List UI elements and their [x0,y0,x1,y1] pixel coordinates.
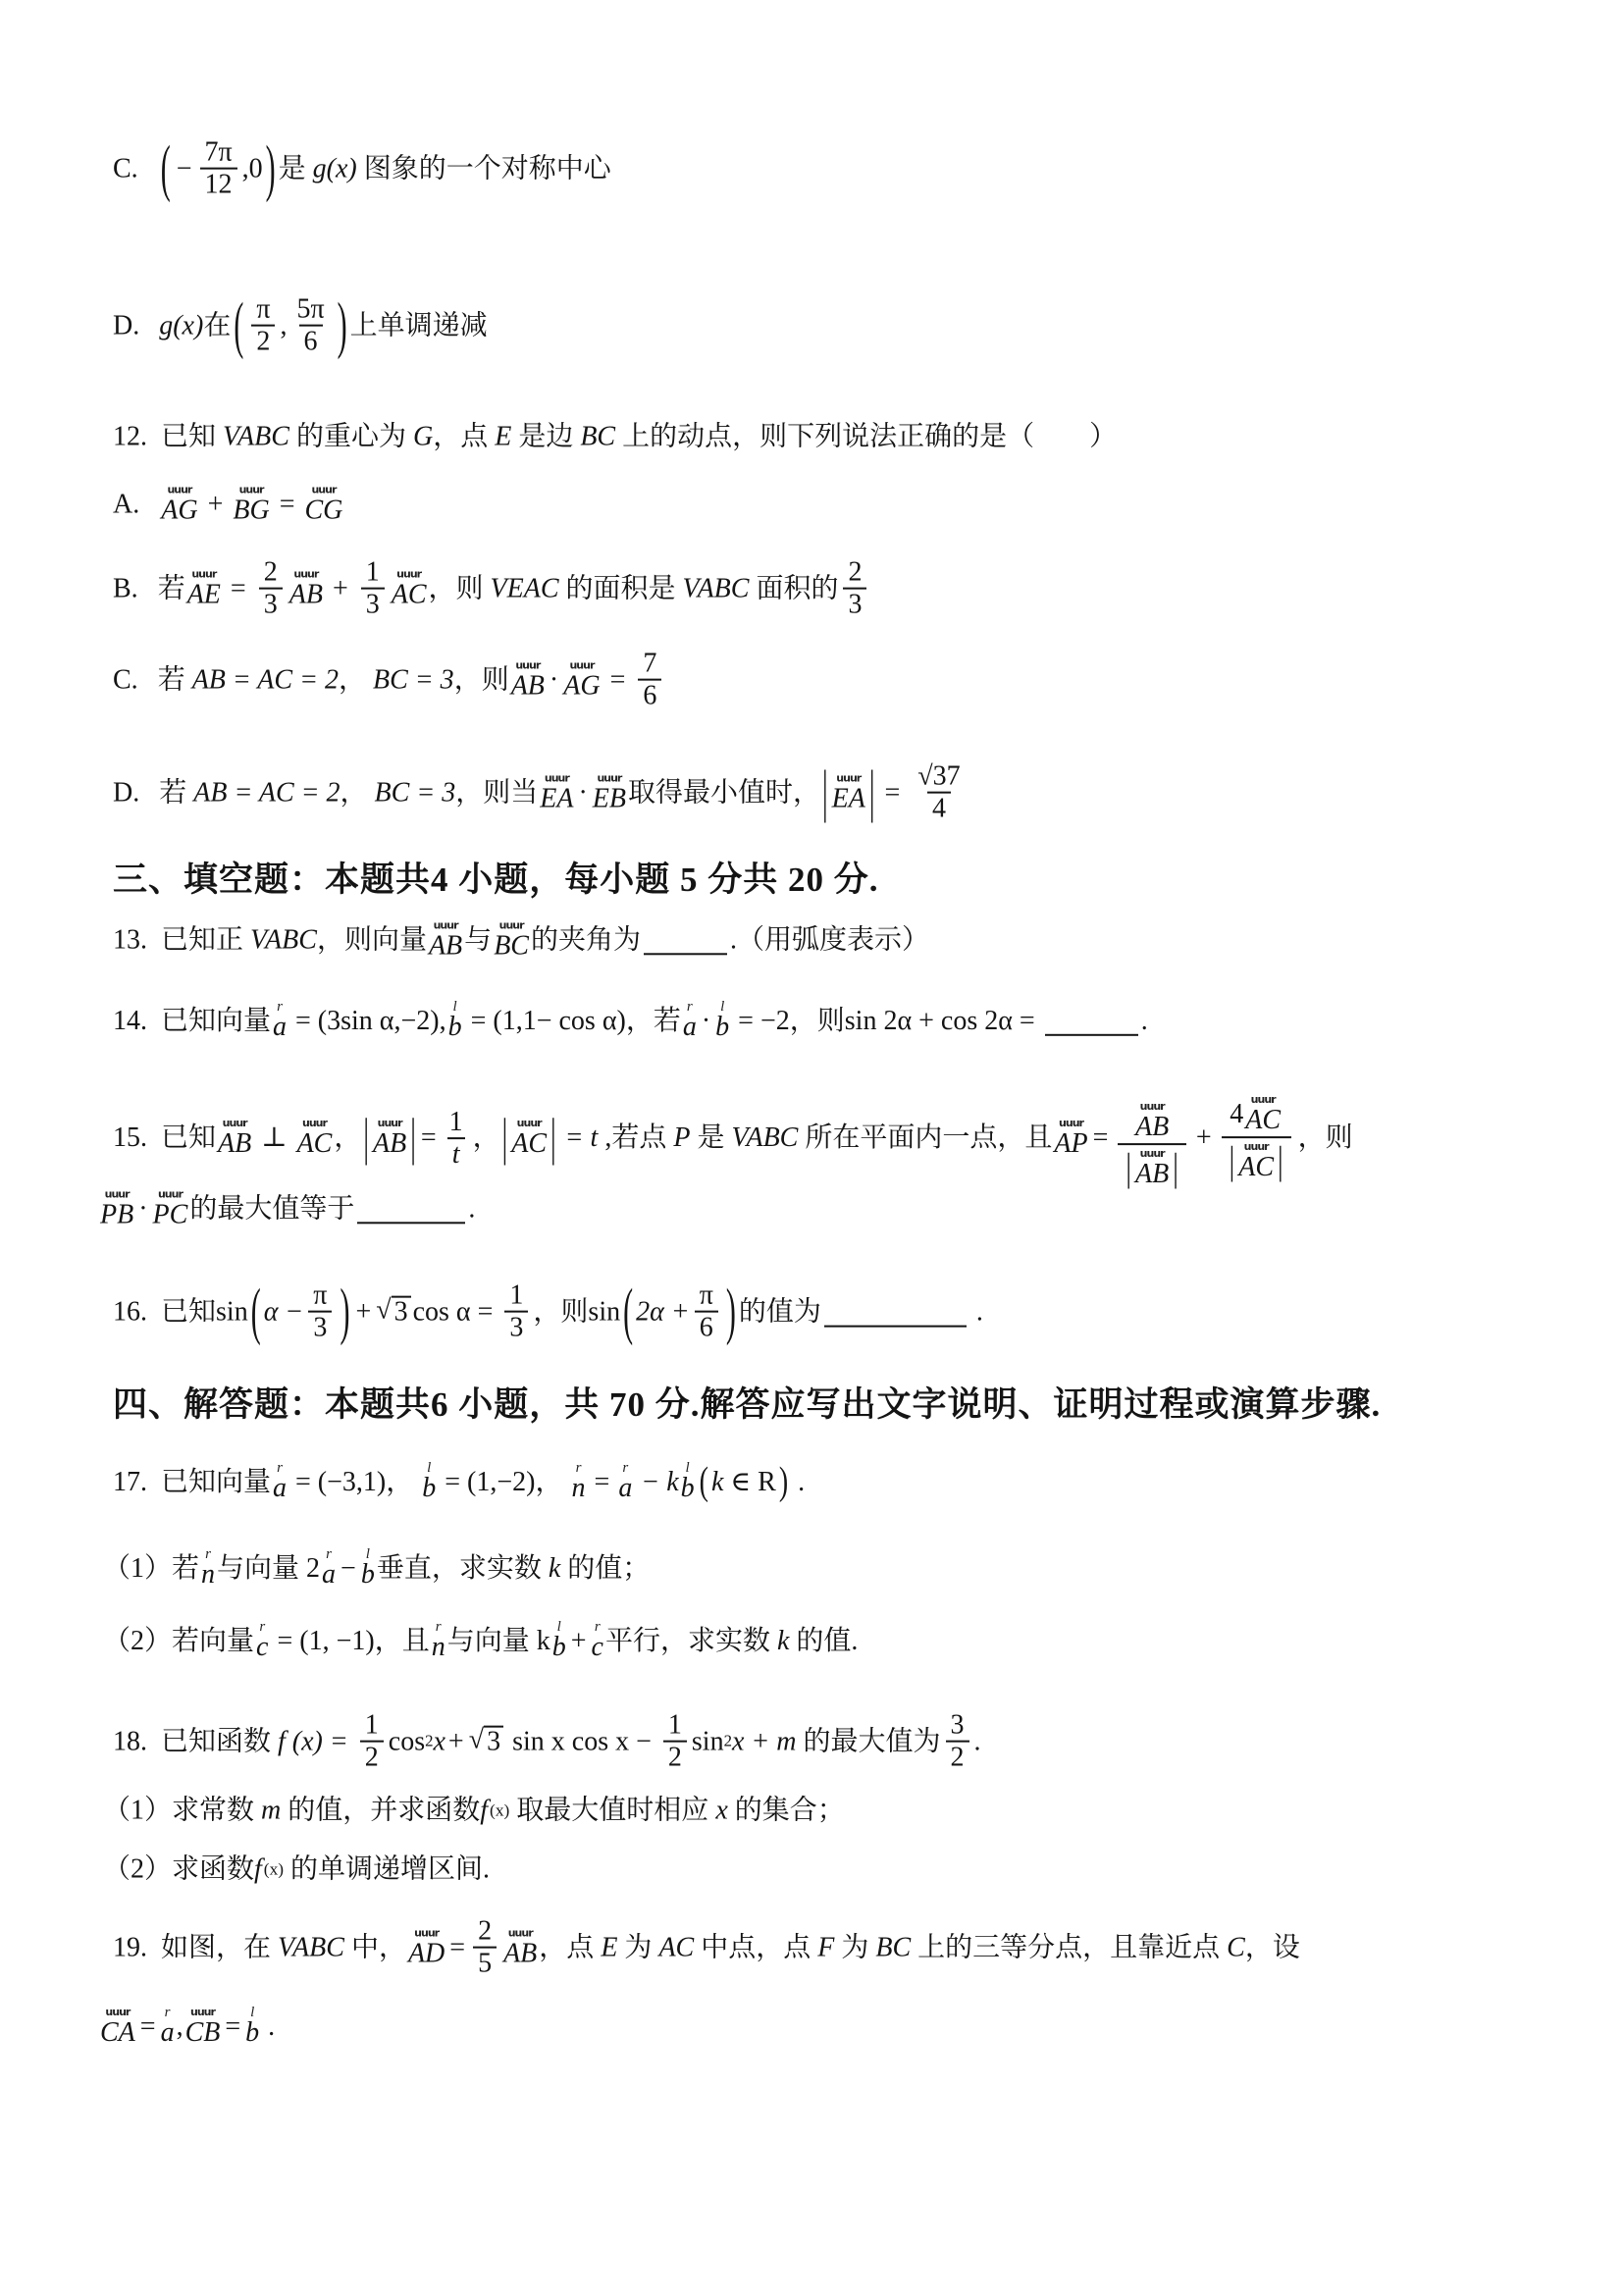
question-12-option-a: A. uuurAG + uuurBG = uuurCG [113,484,344,524]
math-run: k [777,1623,789,1657]
fraction: 5π6 [291,294,329,358]
fraction: 7π12 [199,137,236,201]
text-run: ， [536,1464,570,1498]
vector-AC: uuurAC [392,568,427,608]
math-run: C [1227,1931,1245,1965]
text-run: 为 [834,1931,875,1965]
text-run: 的重心为 [289,420,413,454]
text-run: ，点 [539,1931,601,1965]
math-run: sin [216,1295,248,1330]
fraction-numerator: 7π [199,137,236,168]
abs-bar: | [869,757,875,829]
text-run: 的值，并求函数 [281,1794,480,1828]
section-title: 四、解答题：本题共6 小题，共 70 分.解答应写出文字说明、证明过程或演算步骤… [113,1383,1381,1427]
text-run: ，则 [429,572,491,606]
equals-sign: = [449,1931,465,1965]
math-run: E [601,1931,617,1965]
text-run: ， [334,1122,361,1156]
text-run: 的值； [560,1550,650,1585]
vector-arrow-mark: uuur [190,2006,215,2017]
vector-AC: uuurAC [511,1118,547,1158]
right-paren: ) [726,1273,736,1352]
vector-AB: uuurAB [429,919,462,960]
fraction: 32 [946,1710,969,1774]
math-run: k [549,1550,560,1585]
text-run: 的值为 [739,1295,821,1330]
math-run: AB = AC = 2 [193,776,340,810]
vector-PB: uuurPB [100,1188,133,1228]
vector-b: lb [448,1000,462,1041]
text-run: （2）求函数 [103,1852,254,1887]
text-run: 已知向量 [161,1003,271,1037]
abs-bar: | [410,1106,416,1172]
text-run: ，则 [533,1295,588,1330]
text-run: 与向量 k [447,1623,550,1657]
text-run: （1）求常数 [103,1794,261,1828]
fraction: π6 [695,1280,718,1344]
fraction: 23 [843,557,866,621]
fraction: 76 [638,649,661,712]
abs-bar: | [1126,1146,1131,1190]
math-run: m [261,1794,281,1828]
math-run: x + m [732,1725,797,1759]
answer-blank [1045,1005,1138,1035]
text-run: 已知函数 [161,1725,278,1759]
abs-bar: | [822,757,828,829]
math-run: VABC [683,572,750,606]
vector-b: lb [681,1461,695,1502]
fraction: π2 [251,294,275,358]
option-label: D. [113,776,139,810]
text-run: 已知正 [161,922,250,957]
equals-sign: = [140,2009,156,2043]
text-run: 已知 [161,1295,216,1330]
vector-arrow-mark: uuur [515,659,540,671]
vector-b: lb [552,1620,566,1661]
equals-sign: = [884,776,900,810]
question-17-part-1: （1）若 rn 与向量 2 ra − lb 垂直，求实数 k 的值； [103,1547,650,1589]
question-12-option-c: C. 若 AB = AC = 2， BC = 3，则 uuurAB · uuur… [113,649,666,712]
option-label: B. [113,572,138,606]
text-run: 的最大值等于 [189,1191,354,1226]
vector-b: lb [715,1000,729,1041]
question-15-line-1: 15. 已知 uuurAB ⊥ uuurAC ， | uuurAB | = 1t… [113,1084,1353,1192]
vector-CA: uuurCA [100,2006,135,2046]
question-18-part-1: （1）求常数 m 的值，并求函数 f(x) 取最大值时相应 x 的集合； [103,1794,845,1828]
sqrt-radical: √37 [913,761,965,792]
math-run: BC = 3 [373,663,454,698]
vector-CB: uuurCB [185,2006,221,2046]
period: . [468,1191,475,1226]
fraction: 23 [259,557,283,621]
text-run: ，点 [433,420,495,454]
math-run: = (1, −1) [270,1623,374,1657]
dot-operator: · [578,776,587,810]
text-run: ，则 [454,663,509,698]
plus-sign: + [355,1295,371,1330]
abs-bar: | [1230,1139,1235,1183]
abs-bar: | [1173,1146,1178,1190]
vector-AB: uuurAB [218,1118,251,1158]
text-run: （2）若向量 [103,1623,254,1657]
text-run: 若 [158,663,192,698]
math-run: = (1,1− cos α) [464,1003,626,1037]
math-run: sin 2α + cos 2α = [845,1003,1042,1037]
question-11-option-d: D. g(x) 在 ( π2 , 5π6 ) 上单调递减 [113,294,488,358]
question-15-line-2: uuurPB · uuurPC 的最大值等于 . [98,1188,475,1228]
text-run: ，则当 [455,776,538,810]
vector-a: ra [322,1547,336,1589]
fraction: √37 4 [913,761,965,825]
sqrt-radical: √3 [376,1296,410,1329]
minus-sign: − [340,1550,356,1585]
text-run: ,若点 [598,1122,673,1156]
math-run: f (x) = [278,1725,355,1759]
option-label: C. [113,152,138,186]
abs-bar: | [502,1106,508,1172]
text-run: 上的三等分点，且靠近点 [911,1931,1227,1965]
plus-sign: + [448,1725,464,1759]
text-run: ，且 [375,1623,430,1657]
text-run: 上单调递减 [350,309,488,343]
math-run: BC = 3 [375,776,456,810]
vector-AP: uuurAP [1054,1118,1087,1158]
question-17-part-2: （2）若向量 rc = (1, −1) ，且 rn 与向量 k lb + rc … [103,1620,858,1661]
text-run: 垂直，求实数 [377,1550,549,1585]
text-run: 如图，在 [161,1931,278,1965]
vector-n: rn [572,1461,586,1502]
section-3-header: 三、填空题：本题共4 小题，每小题 5 分共 20 分. [113,859,879,902]
text-run: 与 [464,922,492,957]
text-run: 与向量 2 [217,1550,320,1585]
period: . [969,1295,983,1330]
fraction: π3 [308,1280,332,1344]
math-run: AC [658,1931,694,1965]
vector-n: rn [201,1547,215,1589]
left-paren: ( [623,1273,633,1352]
math-run: VABC [731,1122,798,1156]
question-19-line-1: 19. 如图，在 VABC 中， uuurAD = 25 uuurAB ，点 E… [113,1916,1300,1980]
text-run: 面积的 [749,572,838,606]
math-run: − k [634,1464,678,1498]
question-number: 12. [113,420,147,454]
vector-c: rc [592,1620,603,1661]
vector-AG: uuurAG [161,484,197,524]
plus-sign: + [571,1623,587,1657]
period: . [261,2009,275,2043]
vector-arrow-mark: uuur [836,772,861,784]
vector-AB: uuurAB [1135,1101,1169,1141]
question-11-option-c: C. ( − 7π12 ,0 ) 是 g(x) 图象的一个对称中心 [113,137,611,201]
answer-blank [357,1193,465,1224]
text-run: 是边 [511,420,580,454]
math-run: α − [264,1295,304,1330]
question-12-stem: 12. 已知 VABC 的重心为 G，点 E 是边 BC 上的动点，则下列说法正… [113,420,1117,454]
plus-sign: + [208,487,224,521]
comma: , [280,309,287,343]
vector-PC: uuurPC [153,1188,188,1228]
text-run: 的面积是 [559,572,683,606]
left-paren: ( [251,1273,261,1352]
math-run: sin x cos x − [505,1725,658,1759]
question-number: 16. [113,1295,147,1330]
text-run: 的最大值为 [797,1725,941,1759]
question-number: 19. [113,1931,147,1965]
question-12-option-d: D. 若 AB = AC = 2， BC = 3，则当 uuurEA · uuu… [113,761,970,825]
text-run: 已知 [161,1122,216,1156]
math-run: = (1,−2) [438,1464,535,1498]
fraction: 12 [663,1710,687,1774]
question-19-line-2: uuurCA = ra , uuurCB = lb . [98,2006,275,2047]
math-run: = t [558,1122,599,1156]
math-run: VABC [223,420,289,454]
section-4-header: 四、解答题：本题共6 小题，共 70 分.解答应写出文字说明、证明过程或演算步骤… [113,1383,1381,1427]
math-run: ,0 [242,152,263,186]
math-run: g(x) [313,152,357,186]
vector-CG: uuurCG [304,484,342,524]
text-run: 已知 [161,420,223,454]
vector-AB: uuurAB [289,568,323,608]
vector-AD: uuurAD [408,1927,445,1967]
fraction: 13 [361,557,385,621]
vector-AB: uuurAB [1135,1149,1169,1189]
equals-sign: = [1093,1122,1109,1156]
text-run: ， [386,1464,420,1498]
equals-sign: = [280,487,295,521]
question-14: 14. 已知向量 ra = (3sin α,−2), lb = (1,1− co… [113,1000,1148,1041]
sqrt-radical: √3 [469,1726,503,1758]
vector-arrow-mark: uuur [597,772,621,784]
period: . [1141,1003,1148,1037]
text-run: 为 [617,1931,658,1965]
equals-sign: = [421,1122,437,1156]
vector-a: ra [683,1000,697,1041]
period: . [791,1464,805,1498]
vector-EA: uuurEA [540,772,573,812]
vector-a: ra [273,1000,287,1041]
answer-blank [644,924,727,955]
vector-a: ra [161,2006,175,2047]
math-run: G [413,420,433,454]
vector-AB: uuurAB [373,1118,406,1158]
text-run: 取得最小值时， [628,776,820,810]
text-run: （1）若 [103,1550,199,1585]
math-run: cos [389,1725,425,1759]
vector-arrow-mark: uuur [1251,1094,1276,1106]
fraction: 4uuurAC |uuurAC| [1222,1092,1291,1185]
right-paren: ) [340,1273,349,1352]
text-run: 中， [344,1931,406,1965]
plus-sign: + [333,572,348,606]
perpendicular-sign: ⊥ [261,1122,287,1156]
vector-AC: uuurAC [297,1118,333,1158]
vector-arrow-mark: uuur [508,1927,533,1939]
dot-operator: · [702,1003,710,1037]
text-run: 若 [158,572,185,606]
question-13: 13. 已知正 VABC，则向量 uuurAB 与 uuurBC 的夹角为 . … [113,919,929,960]
math-run: E [495,420,511,454]
math-run: P [673,1122,690,1156]
abs-bar: | [550,1106,556,1172]
text-run: 若 [159,776,193,810]
option-label: D. [113,309,139,343]
vector-arrow-mark: uuur [569,659,594,671]
vector-arrow-mark: uuur [414,1927,439,1939]
text-run: （用弧度表示） [737,922,929,957]
left-paren: ( [234,287,243,366]
question-number: 14. [113,1003,147,1037]
period: . [730,922,737,957]
question-18-part-2: （2）求函数 f(x) 的单调递增区间. [103,1852,490,1887]
question-17: 17. 已知向量 ra = (−3,1) ， lb = (1,−2) ， rn … [113,1461,805,1502]
vector-b: lb [422,1461,436,1502]
dot-operator: · [138,1191,147,1226]
fraction: uuurAB |uuurAB| [1118,1084,1185,1192]
dot-operator: · [550,663,558,698]
text-run: ， [340,776,375,810]
fraction-denominator: 12 [200,168,237,200]
math-run: = (−3,1) [288,1464,386,1498]
question-16: 16. 已知 sin ( α − π3 ) + √3 cos α = 13 ，则… [113,1280,983,1344]
math-run: VEAC [491,572,559,606]
left-paren: ( [161,130,171,209]
comma: , [177,2009,183,2043]
question-12-option-b: B. 若 uuurAE = 23 uuurAB + 13 uuurAC ，则 V… [113,557,871,621]
question-number: 18. [113,1725,147,1759]
vector-AE: uuurAE [187,568,221,608]
minus-sign: − [177,152,192,186]
section-title: 三、填空题：本题共4 小题，每小题 5 分共 20 分. [113,859,879,902]
vector-AB: uuurAB [511,659,545,700]
vector-EA: uuurEA [832,772,865,812]
text-run: 是 [690,1122,731,1156]
exam-document-page: C. ( − 7π12 ,0 ) 是 g(x) 图象的一个对称中心 D. g(x… [0,0,1623,2296]
plus-sign: + [1196,1122,1212,1156]
math-run: BC [580,420,615,454]
math-run: f [254,1852,262,1887]
math-run: f [480,1794,488,1828]
vector-arrow-mark: uuur [191,568,216,580]
text-run: 所在平面内一点，且 [798,1122,1052,1156]
vector-arrow-mark: uuur [545,772,569,784]
math-run: sin [692,1725,724,1759]
math-run: VABC [278,1931,344,1965]
question-number: 13. [113,922,147,957]
math-run: = (3sin α,−2), [288,1003,446,1037]
coefficient: 4 [1230,1099,1243,1129]
text-run: ，则 [1298,1122,1353,1156]
vector-a: ra [618,1461,632,1502]
text-run: 中点，点 [694,1931,817,1965]
abs-bar: | [363,1106,369,1172]
text-run: 的值. [789,1623,858,1657]
right-paren: ) [779,1457,788,1507]
equals-sign: = [610,663,626,698]
text-run: ，则向量 [317,922,427,957]
text-run: 图象的一个对称中心 [357,152,611,186]
text-run: 上的动点，则下列说法正确的是（ ） [615,420,1117,454]
math-run: BC [875,1931,911,1965]
question-number: 15. [113,1122,147,1156]
question-18: 18. 已知函数 f (x) = 12 cos2x + √3 sin x cos… [113,1710,981,1774]
period: . [974,1725,981,1759]
vector-arrow-mark: uuur [105,2006,130,2017]
equals-sign: = [225,2009,240,2043]
option-label: A. [113,487,139,521]
math-run: 2α + [636,1295,690,1330]
math-run: x [715,1794,727,1828]
text-run: ，设 [1245,1931,1300,1965]
text-run: 是 [279,152,313,186]
vector-arrow-mark: uuur [293,568,318,580]
vector-c: rc [256,1620,268,1661]
math-run: F [817,1931,834,1965]
math-run: g(x) [159,309,203,343]
right-paren: ) [266,130,276,209]
question-number: 17. [113,1464,147,1498]
vector-b: lb [361,1547,375,1589]
math-run: ∈ R [723,1464,775,1498]
math-run: VABC [250,922,317,957]
text-run: 已知向量 [161,1464,271,1498]
text-run: 在 [203,309,231,343]
right-paren: ) [338,287,347,366]
text-run: 的集合； [728,1794,845,1828]
text-run: ， [473,1122,500,1156]
fraction: 25 [473,1916,497,1980]
vector-BC: uuurBC [494,919,529,960]
vector-AB: uuurAB [503,1927,537,1967]
math-run: cos α = [413,1295,500,1330]
fraction: 12 [360,1710,384,1774]
math-run: = −2 [731,1003,790,1037]
math-run: AB = AC = 2 [192,663,339,698]
vector-AG: uuurAG [563,659,600,700]
text-run: ，若 [626,1003,681,1037]
left-paren: ( [700,1457,708,1507]
vector-b: lb [245,2006,259,2047]
fraction: 1t [445,1107,468,1171]
vector-AC: uuurAC [1245,1094,1281,1134]
math-run: k [711,1464,723,1498]
math-run: sin [588,1295,620,1330]
vector-EB: uuurEB [593,772,626,812]
equals-sign: = [231,572,246,606]
answer-blank [824,1296,967,1327]
math-run: x [433,1725,445,1759]
abs-bar: | [1278,1139,1283,1183]
text-run: 的夹角为 [531,922,641,957]
text-run: 的单调递增区间. [284,1852,490,1887]
option-label: C. [113,663,138,698]
vector-arrow-mark: uuur [396,568,421,580]
math-run: = [588,1464,617,1498]
vector-AC: uuurAC [1238,1141,1274,1181]
vector-a: ra [273,1461,287,1502]
text-run: ，则 [790,1003,845,1037]
text-run: 平行，求实数 [605,1623,777,1657]
text-run: ， [339,663,373,698]
text-run: 取最大值时相应 [509,1794,715,1828]
vector-n: rn [432,1620,445,1661]
vector-BG: uuurBG [233,484,269,524]
fraction: 13 [504,1280,528,1344]
